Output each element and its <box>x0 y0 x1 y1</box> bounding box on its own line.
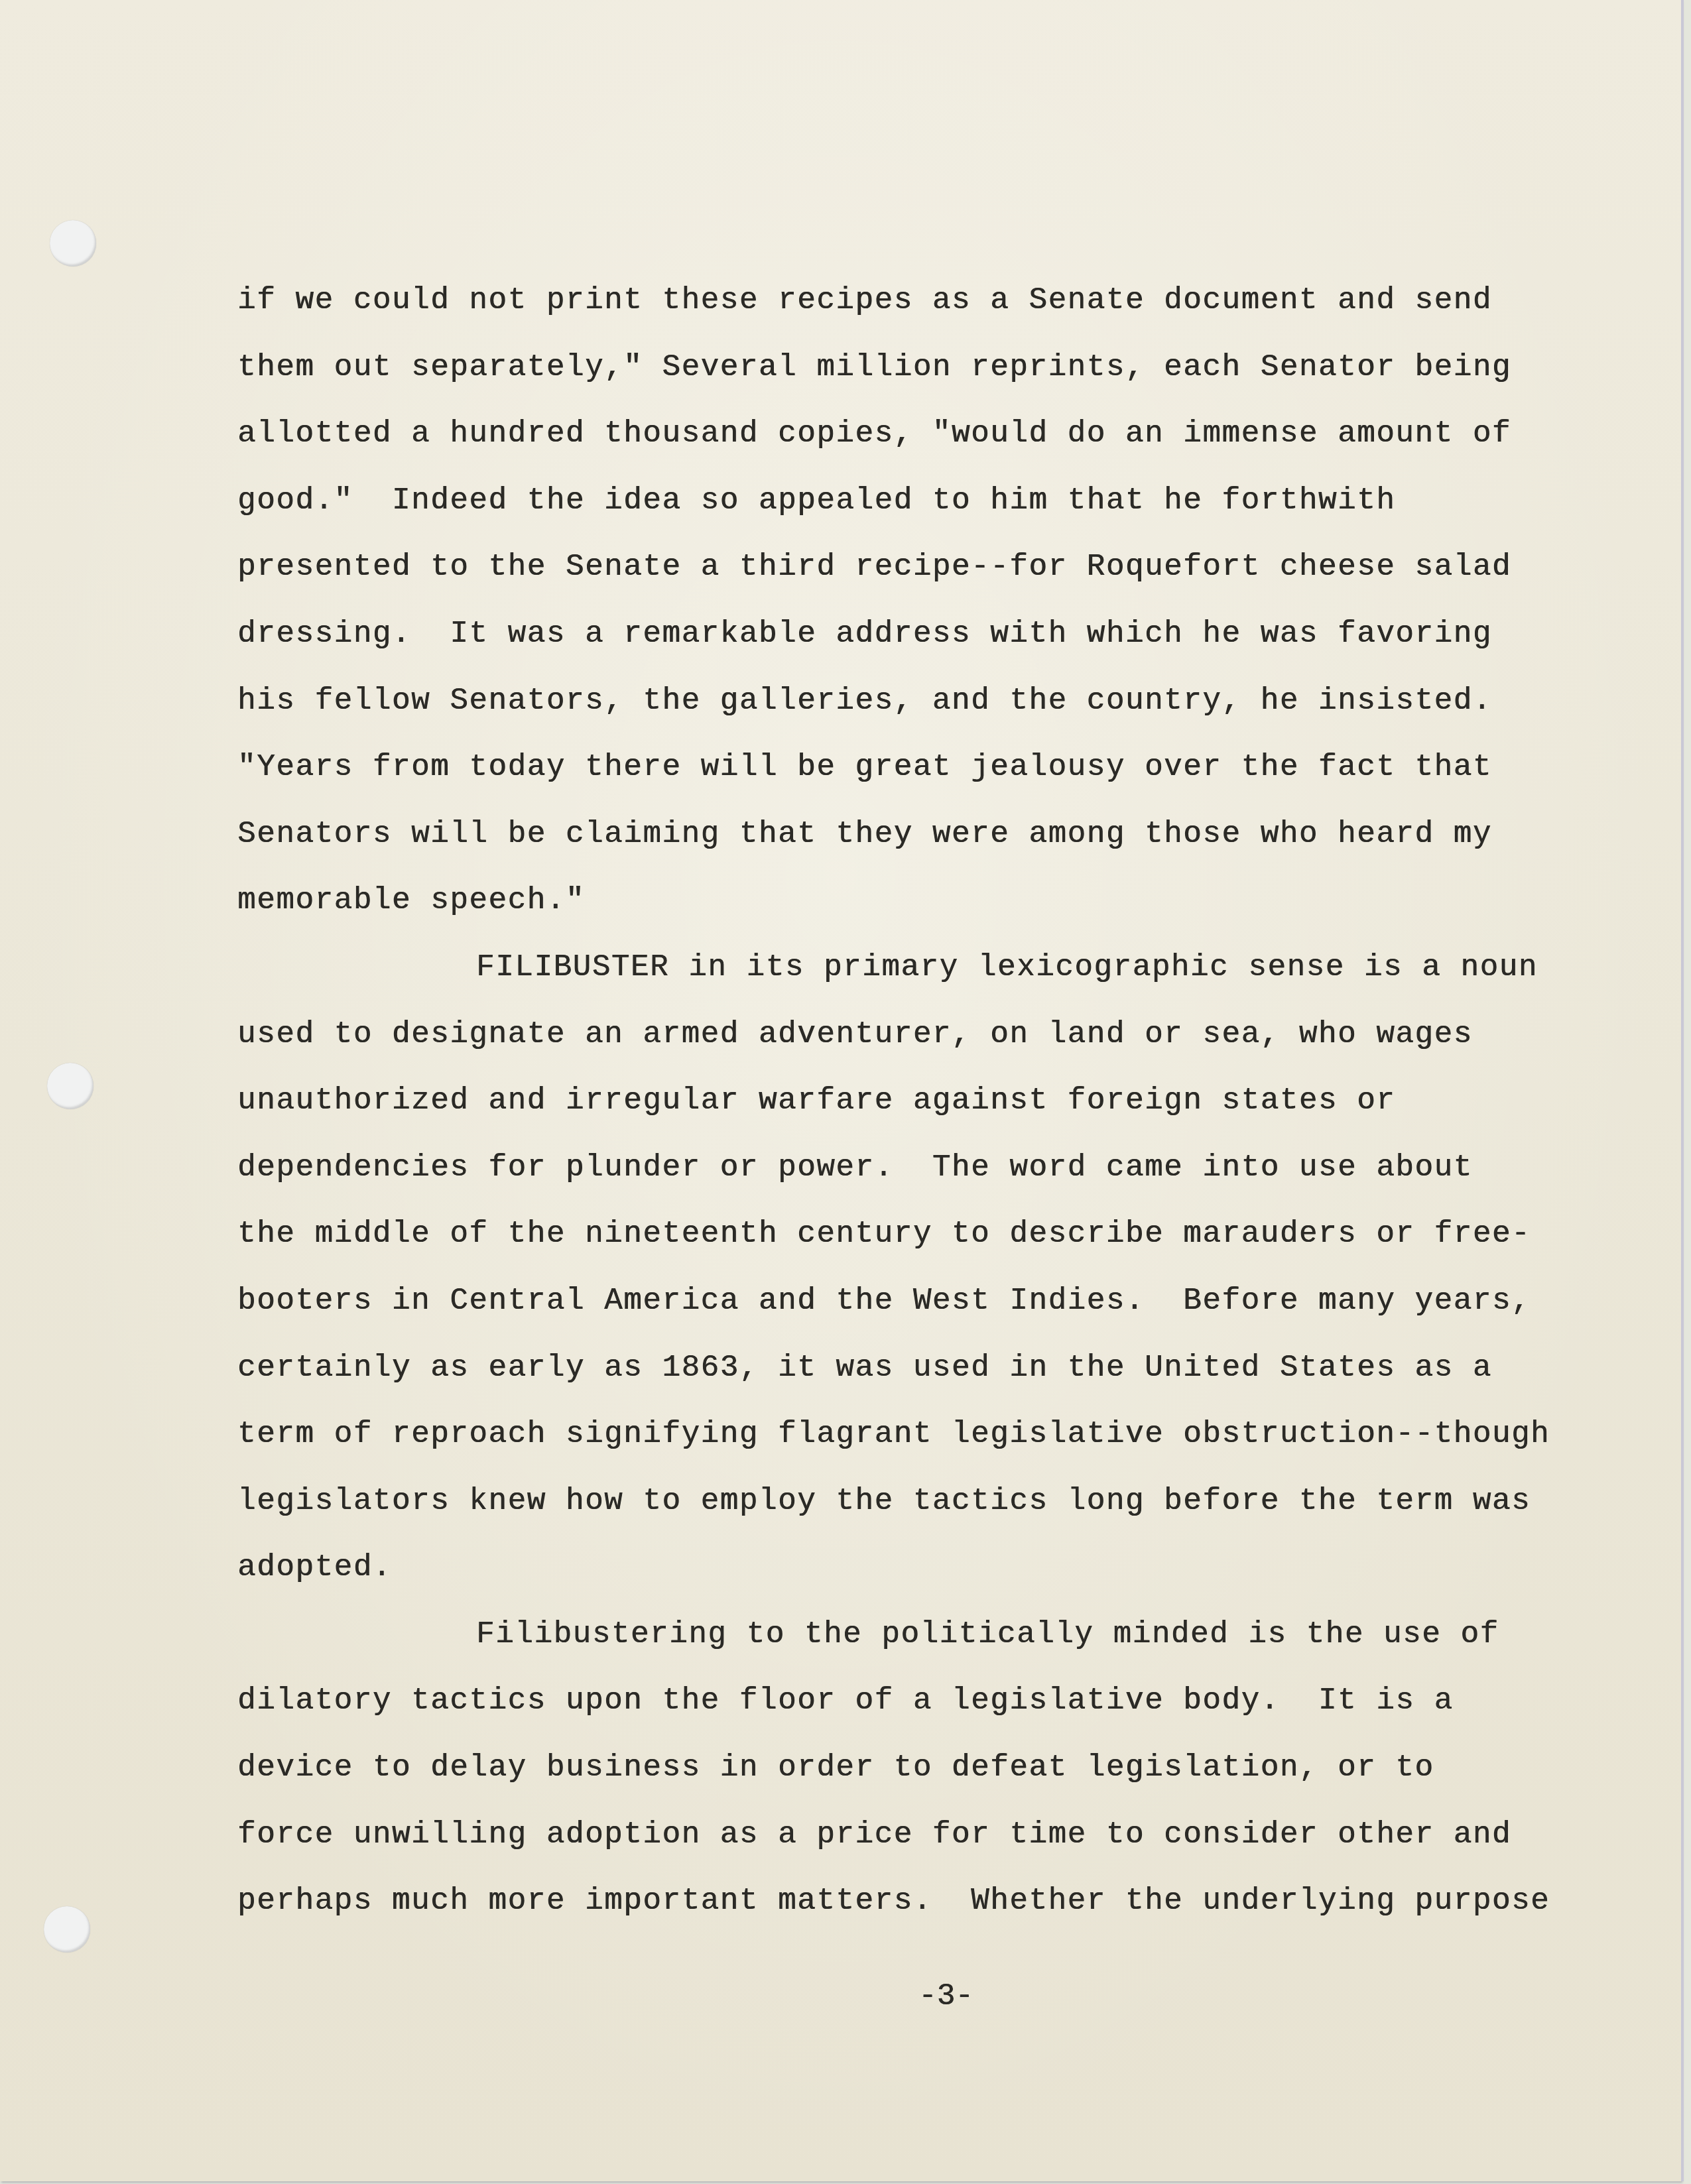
body-text: if we could not print these recipes as a… <box>237 278 1617 1946</box>
text-line: certainly as early as 1863, it was used … <box>237 1346 1617 1413</box>
text-line: dependencies for plunder or power. The w… <box>237 1146 1617 1213</box>
text-line: term of reproach signifying flagrant leg… <box>237 1412 1617 1479</box>
text-line: memorable speech." <box>237 879 1617 945</box>
paragraph-first-line: Filibustering to the politically minded … <box>237 1612 1617 1679</box>
text-line: if we could not print these recipes as a… <box>237 278 1617 345</box>
text-line: presented to the Senate a third recipe--… <box>237 545 1617 612</box>
text-line: device to delay business in order to def… <box>237 1746 1617 1813</box>
text-line: booters in Central America and the West … <box>237 1279 1617 1346</box>
text-line: good." Indeed the idea so appealed to hi… <box>237 479 1617 546</box>
paper-edge <box>1681 0 1684 2181</box>
text-line: them out separately," Several million re… <box>237 345 1617 412</box>
punch-hole-top <box>50 220 96 267</box>
page-number: -3- <box>918 1979 973 2014</box>
text-line: legislators knew how to employ the tacti… <box>237 1479 1617 1546</box>
paragraph-first-line: FILIBUSTER in its primary lexicographic … <box>237 945 1617 1012</box>
punch-hole-middle <box>47 1063 94 1109</box>
text-line: his fellow Senators, the galleries, and … <box>237 679 1617 746</box>
text-line: allotted a hundred thousand copies, "wou… <box>237 412 1617 479</box>
text-line: unauthorized and irregular warfare again… <box>237 1079 1617 1146</box>
document-page: if we could not print these recipes as a… <box>0 0 1681 2181</box>
text-line: dressing. It was a remarkable address wi… <box>237 612 1617 679</box>
text-line: the middle of the nineteenth century to … <box>237 1212 1617 1279</box>
text-line: force unwilling adoption as a price for … <box>237 1813 1617 1880</box>
text-line: dilatory tactics upon the floor of a leg… <box>237 1679 1617 1746</box>
punch-hole-bottom <box>44 1906 90 1953</box>
text-line: Senators will be claiming that they were… <box>237 812 1617 879</box>
text-line: "Years from today there will be great je… <box>237 745 1617 812</box>
text-line: adopted. <box>237 1546 1617 1612</box>
text-line: perhaps much more important matters. Whe… <box>237 1879 1617 1946</box>
text-line: used to designate an armed adventurer, o… <box>237 1012 1617 1079</box>
